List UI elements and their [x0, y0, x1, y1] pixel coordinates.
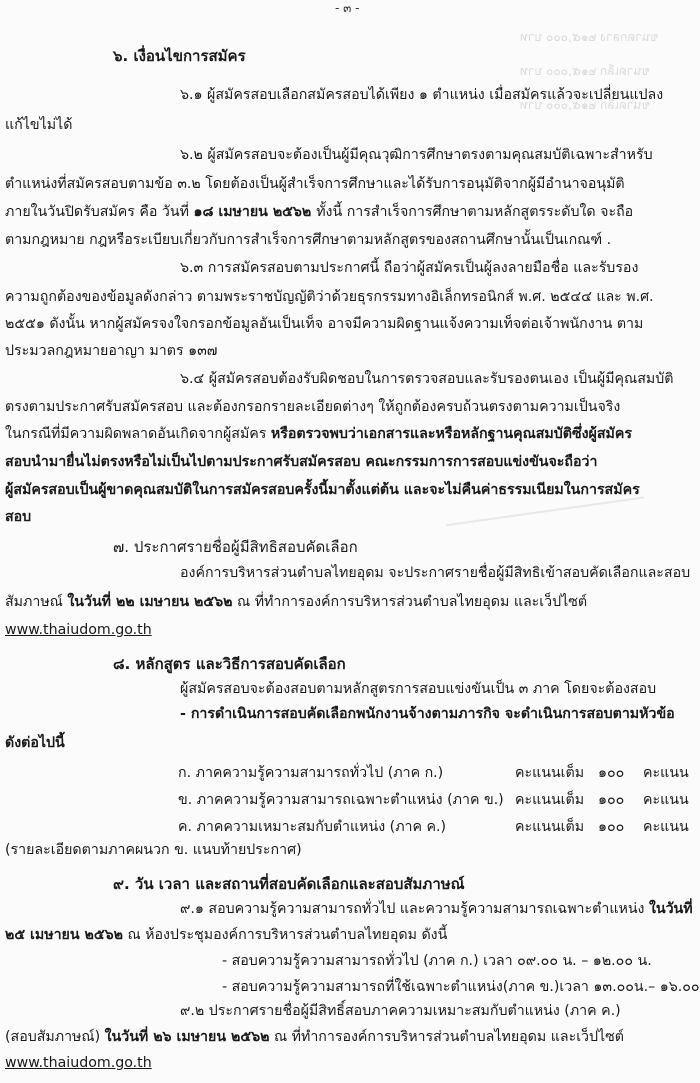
clause-9-2: ๙.๒ ประกาศรายชื่อผู้มีสิทธิ์สอบภาคความเห… [180, 1000, 621, 1022]
clause-9-2-line2: (สอบสัมภาษณ์) ในวันที่ ๒๖ เมษายน ๒๕๖๒ ณ … [5, 1026, 624, 1048]
clause-6-2-line3: ภายในวันปิดรับสมัคร คือ วันที่ ๑๘ เมษายน… [5, 201, 633, 223]
section-8-note: (รายละเอียดตามภาคผนวก ข. แนบท้ายประกาศ) [5, 839, 302, 861]
bold-text: ในวันที่ [649, 901, 693, 917]
bold-text: หรือตรวจพบว่าเอกสารและหรือหลักฐานคุณสมบั… [271, 426, 632, 442]
section-9-heading: ๙. วัน เวลา และสถานที่สอบคัดเลือกและสอบส… [113, 873, 465, 895]
exam-part-label: ค. ภาคความเหมาะสมกับตำแหน่ง (ภาค ค.) [178, 816, 446, 838]
exam-part-unit: คะแนน [643, 762, 689, 784]
clause-6-2-line2: ตำแหน่งที่สมัครสอบตามข้อ ๓.๒ โดยต้องเป็น… [5, 173, 625, 195]
text: ณ ที่ทำการองค์การบริหารส่วนตำบลไทยอุดม แ… [269, 1029, 624, 1045]
exam-part-label: ข. ภาคความรู้ความสามารถเฉพาะตำแหน่ง (ภาค… [178, 789, 504, 811]
exam-part-unit: คะแนน [643, 816, 689, 838]
clause-6-2-line4: ตามกฎหมาย กฎหรือระเบียบเกี่ยวกับการสำเร็… [5, 229, 611, 251]
section-7-line1: องค์การบริหารส่วนตำบลไทยอุดม จะประกาศราย… [180, 562, 690, 584]
section-8-heading: ๘. หลักสูตร และวิธีการสอบคัดเลือก [113, 653, 346, 675]
schedule-part-a: - สอบความรู้ความสามารถทั่วไป (ภาค ก.) เว… [222, 950, 652, 972]
clause-6-4-line6: สอบ [5, 506, 31, 528]
clause-6-4-line3: ในกรณีที่มีความผิดพลาดอันเกิดจากผู้สมัคร… [5, 423, 632, 445]
schedule-part-b: - สอบความรู้ความสามารถที่ใช้เฉพาะตำแหน่ง… [222, 976, 700, 998]
exam-part-score-label: คะแนนเต็ม [515, 789, 584, 811]
section-8-line3: ดังต่อไปนี้ [5, 732, 65, 754]
text: ๙.๑ สอบความรู้ความสามารถทั่วไป และความรู… [180, 901, 649, 917]
clause-6-3: ๖.๓ การสมัครสอบตามประกาศนี้ ถือว่าผู้สมั… [180, 257, 638, 279]
exam-part-unit: คะแนน [643, 789, 689, 811]
clause-6-4-line4: สอบนำมายื่นไม่ตรงหรือไม่เป็นไปตามประกาศร… [5, 451, 597, 473]
exam-part-score-label: คะแนนเต็ม [515, 816, 584, 838]
exam-part-score: ๑๐๐ [598, 762, 624, 784]
text: ทั้งนี้ การสำเร็จการศึกษาตามหลักสูตรระดั… [316, 204, 633, 220]
text: (สอบสัมภาษณ์) [5, 1029, 105, 1045]
exam-date: ๒๕ เมษายน ๒๕๖๒ [5, 927, 123, 943]
page-number: - ๓ - [335, 0, 360, 19]
exam-part-score-label: คะแนนเต็ม [515, 762, 584, 784]
exam-part-score: ๑๐๐ [598, 816, 624, 838]
section-7-line2: สัมภาษณ์ ในวันที่ ๒๒ เมษายน ๒๕๖๒ ณ ที่ทำ… [5, 591, 587, 613]
bleed-through-text: ขนาดเล็ก ๒๑๕,๐๐๐ บาท [520, 62, 650, 81]
clause-6-4: ๖.๔ ผู้สมัครสอบต้องรับผิดชอบในการตรวจสอบ… [180, 368, 673, 390]
text: ในกรณีที่มีความผิดพลาดอันเกิดจากผู้สมัคร [5, 426, 271, 442]
deadline-date: ๑๘ เมษายน ๒๕๖๒ [193, 204, 316, 220]
clause-6-3-line4: ประมวลกฎหมายอาญา มาตร ๑๓๗ [5, 340, 217, 362]
section-7-heading: ๗. ประกาศรายชื่อผู้มีสิทธิสอบคัดเลือก [113, 536, 358, 558]
text: ณ ห้องประชุมองค์การบริหารส่วนตำบลไทยอุดม… [123, 927, 447, 943]
text: ภายในวันปิดรับสมัคร คือ วันที่ [5, 204, 193, 220]
announce-date: ในวันที่ ๒๒ เมษายน ๒๕๖๒ [67, 594, 232, 610]
interview-date: ในวันที่ ๒๖ เมษายน ๒๕๖๒ [105, 1029, 270, 1045]
section-8-line1: ผู้สมัครสอบจะต้องสอบตามหลักสูตรการสอบแข่… [180, 678, 656, 700]
website-link[interactable]: www.thaiudom.go.th [5, 1052, 152, 1074]
clause-6-3-line3: ๒๕๕๑ ดังนั้น หากผู้สมัครจงใจกรอกข้อมูลอั… [5, 313, 643, 335]
clause-6-4-line2: ตรงตามประกาศรับสมัครสอบ และต้องกรอกรายละ… [5, 396, 620, 418]
document-page: ขนาดกลาง ๒๑๕,๐๐๐ บาท ขนาดเล็ก ๒๑๕,๐๐๐ บา… [0, 0, 700, 1083]
clause-9-1-line2: ๒๕ เมษายน ๒๕๖๒ ณ ห้องประชุมองค์การบริหาร… [5, 924, 447, 946]
section-6-heading: ๖. เงื่อนไขการสมัคร [113, 45, 246, 67]
clause-6-2: ๖.๒ ผู้สมัครสอบจะต้องเป็นผู้มีคุณวุฒิการ… [180, 144, 653, 166]
section-8-line2: - การดำเนินการสอบคัดเลือกพนักงานจ้างตามภ… [180, 703, 675, 725]
clause-9-1: ๙.๑ สอบความรู้ความสามารถทั่วไป และความรู… [180, 898, 693, 920]
clause-6-1-cont: แก้ไขไม่ได้ [5, 114, 72, 136]
text: สัมภาษณ์ [5, 594, 67, 610]
text: ณ ที่ทำการองค์การบริหารส่วนตำบลไทยอุดม แ… [233, 594, 588, 610]
exam-part-score: ๑๐๐ [598, 789, 624, 811]
bleed-through-text: ขนาดกลาง ๒๑๕,๐๐๐ บาท [520, 28, 658, 47]
clause-6-1: ๖.๑ ผู้สมัครสอบเลือกสมัครสอบได้เพียง ๑ ต… [180, 84, 663, 106]
exam-part-label: ก. ภาคความรู้ความสามารถทั่วไป (ภาค ก.) [178, 762, 443, 784]
website-link[interactable]: www.thaiudom.go.th [5, 619, 152, 641]
clause-6-3-line2: ความถูกต้องของข้อมูลดังกล่าว ตามพระราชบั… [5, 286, 654, 308]
clause-6-4-line5: ผู้สมัครสอบเป็นผู้ขาดคุณสมบัติในการสมัคร… [5, 479, 640, 501]
